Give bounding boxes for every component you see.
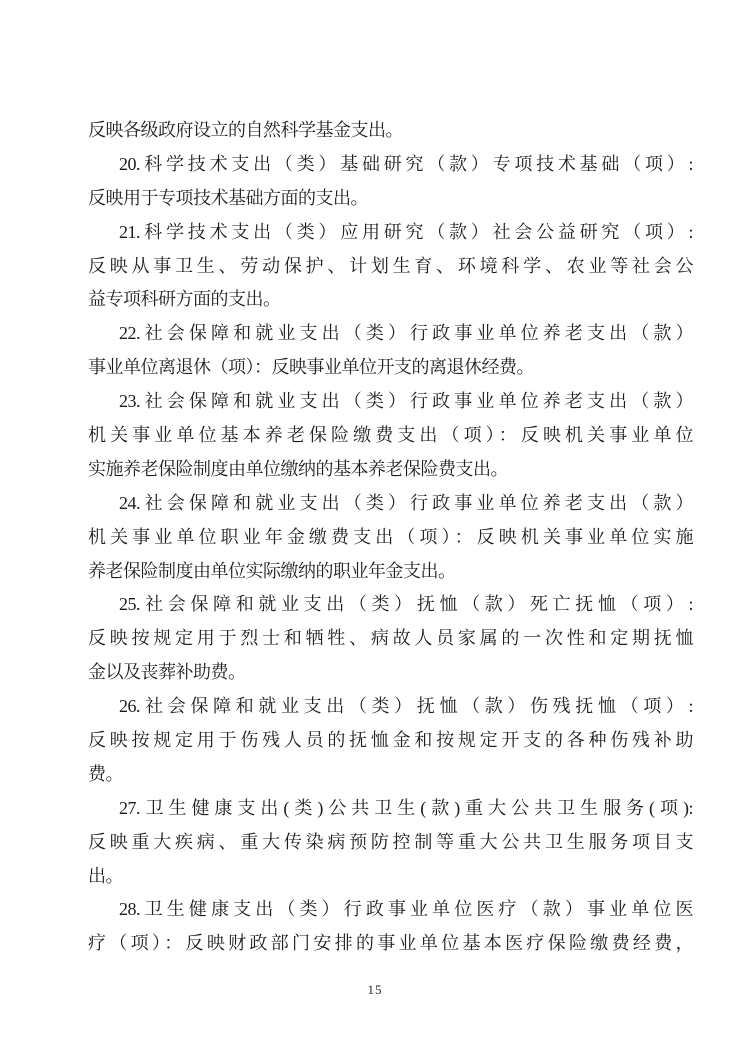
text-line: 反映重大疾病、重大传染病预防控制等重大公共卫生服务项目支 — [88, 826, 693, 860]
text-line: 24.社会保障和就业支出（类）行政事业单位养老支出（款） — [88, 487, 693, 521]
text-line: 反映按规定用于烈士和牺牲、病故人员家属的一次性和定期抚恤 — [88, 622, 693, 656]
text-line: 反映按规定用于伤残人员的抚恤金和按规定开支的各种伤残补助 — [88, 724, 693, 758]
text-line: 疗（项）：反映财政部门安排的事业单位基本医疗保险缴费经费， — [88, 927, 693, 961]
text-line: 25.社会保障和就业支出（类）抚恤（款）死亡抚恤（项）: — [88, 588, 693, 622]
text-line: 反映从事卫生、劳动保护、计划生育、环境科学、农业等社会公 — [88, 250, 693, 284]
text-line: 22.社会保障和就业支出（类）行政事业单位养老支出（款） — [88, 317, 693, 351]
text-line: 机关事业单位基本养老保险缴费支出（项）：反映机关事业单位 — [88, 419, 693, 453]
text-line: 益专项科研方面的支出。 — [88, 283, 693, 317]
text-line: 养老保险制度由单位实际缴纳的职业年金支出。 — [88, 555, 693, 589]
text-line: 21.科学技术支出（类）应用研究（款）社会公益研究（项）: — [88, 216, 693, 250]
text-line: 26.社会保障和就业支出（类）抚恤（款）伤残抚恤（项）: — [88, 690, 693, 724]
text-line: 20.科学技术支出（类）基础研究（款）专项技术基础（项）: — [88, 148, 693, 182]
text-line: 金以及丧葬补助费。 — [88, 656, 693, 690]
text-line: 费。 — [88, 758, 693, 792]
text-line: 反映用于专项技术基础方面的支出。 — [88, 182, 693, 216]
text-line: 实施养老保险制度由单位缴纳的基本养老保险费支出。 — [88, 453, 693, 487]
text-line: 事业单位离退休（项）：反映事业单位开支的离退休经费。 — [88, 351, 693, 385]
text-line: 28.卫生健康支出（类）行政事业单位医疗（款）事业单位医 — [88, 893, 693, 927]
text-block: 反映各级政府设立的自然科学基金支出。20.科学技术支出（类）基础研究（款）专项技… — [88, 114, 693, 961]
text-line: 23.社会保障和就业支出（类）行政事业单位养老支出（款） — [88, 385, 693, 419]
text-line: 出。 — [88, 860, 693, 894]
text-line: 27.卫生健康支出(类)公共卫生(款)重大公共卫生服务(项): — [88, 792, 693, 826]
page-number: 15 — [0, 982, 750, 998]
document-page: 反映各级政府设立的自然科学基金支出。20.科学技术支出（类）基础研究（款）专项技… — [0, 0, 750, 1061]
text-line: 机关事业单位职业年金缴费支出（项）：反映机关事业单位实施 — [88, 521, 693, 555]
text-line: 反映各级政府设立的自然科学基金支出。 — [88, 114, 693, 148]
